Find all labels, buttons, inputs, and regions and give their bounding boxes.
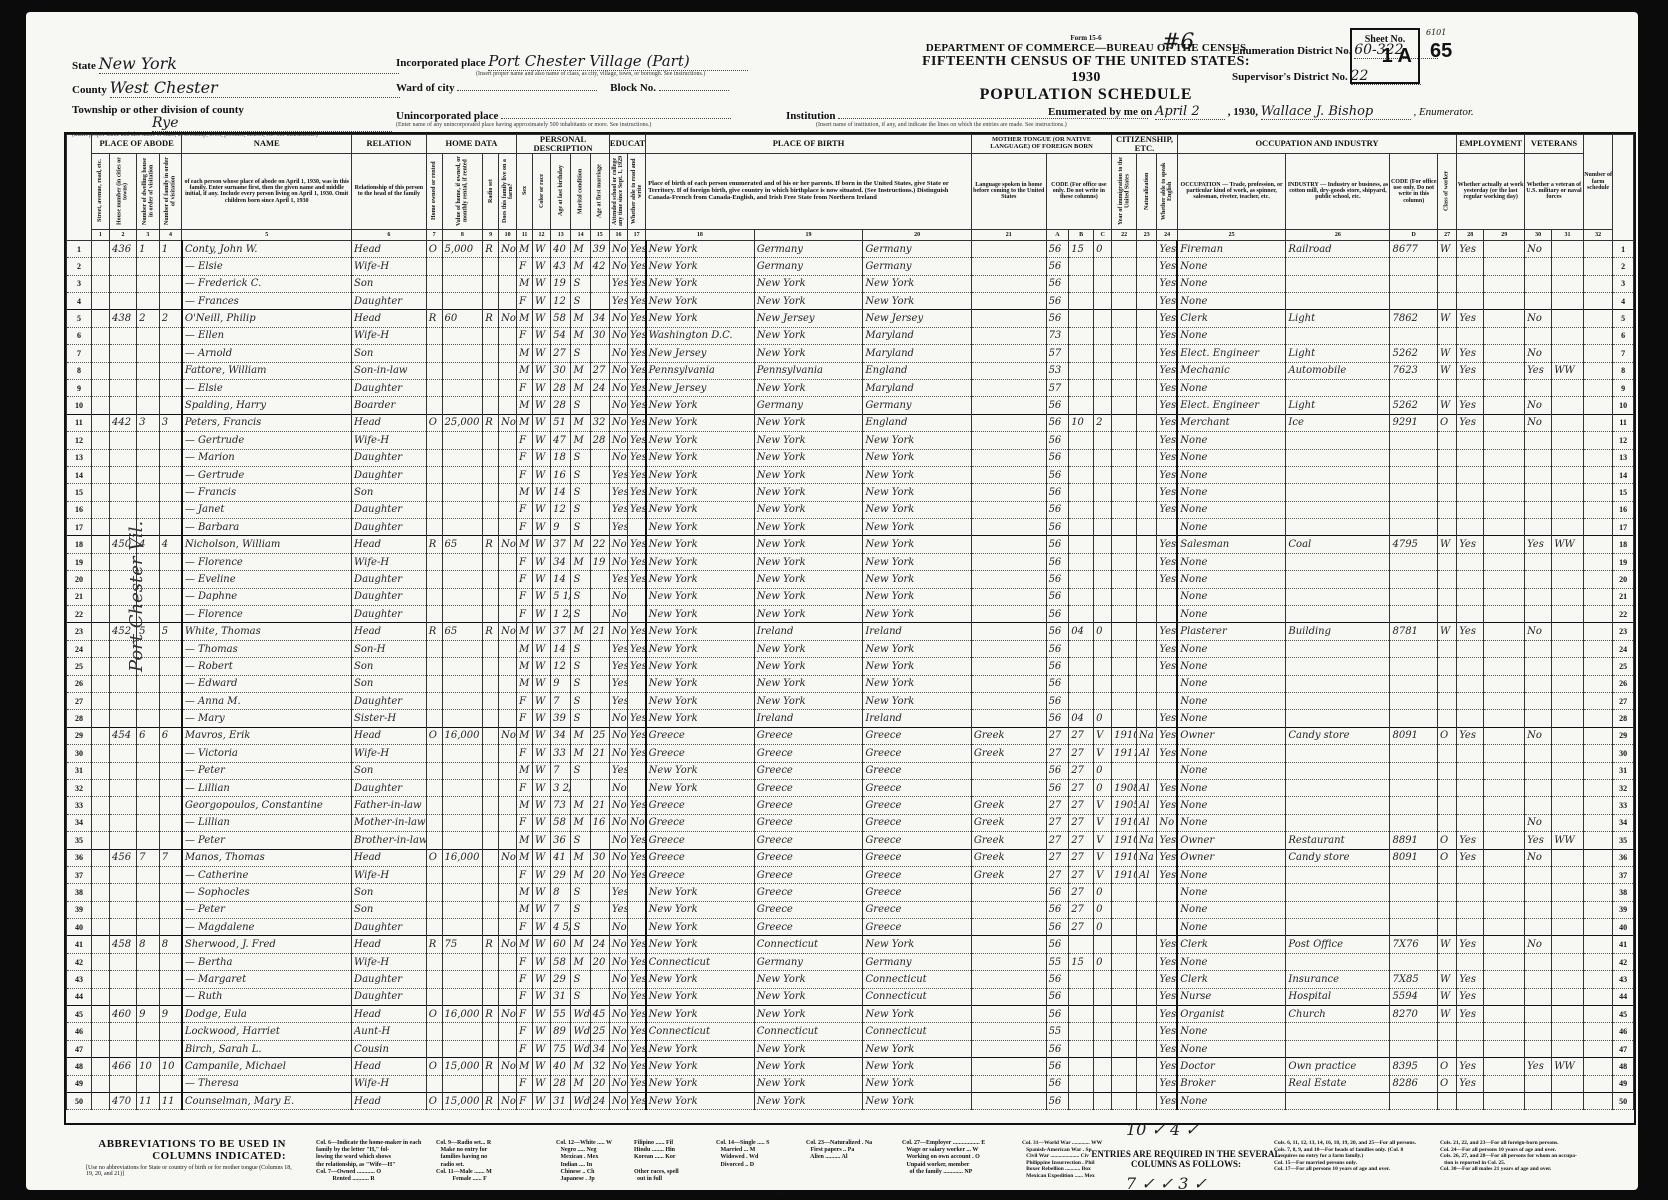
cell-fam xyxy=(159,275,182,292)
township-label: Township or other division of county xyxy=(72,104,412,116)
cell-race: W xyxy=(533,866,551,883)
cell-cC xyxy=(1094,658,1112,675)
cell-house xyxy=(109,397,136,414)
cell-eng: Yes xyxy=(1157,1023,1177,1040)
cell-race: W xyxy=(533,640,551,657)
cell-cD xyxy=(1390,449,1438,466)
group-personal-description: PERSONAL DESCRIPTION xyxy=(517,135,610,154)
cell-street xyxy=(91,501,109,518)
cell-street xyxy=(91,919,109,936)
table-row: 42— BerthaWife-HFW58M20NoYesConnecticutG… xyxy=(67,953,1634,970)
cell-eng: Yes xyxy=(1157,971,1177,988)
cell-afm: 16 xyxy=(590,814,609,831)
cell-name: White, Thomas xyxy=(182,623,352,640)
cell-empty xyxy=(1484,362,1525,379)
cell-pob: Washington D.C. xyxy=(646,327,755,344)
cell-empty xyxy=(1484,1023,1525,1040)
cell-cD xyxy=(1390,710,1438,727)
block-value xyxy=(659,90,729,91)
cell-own xyxy=(426,745,442,762)
cell-radio xyxy=(483,849,499,866)
cell-farm xyxy=(499,345,517,362)
cell-age: 58 xyxy=(551,953,571,970)
cell-eng xyxy=(1157,884,1177,901)
cell-sch: No xyxy=(609,1058,627,1075)
cell-cA: 56 xyxy=(1046,571,1069,588)
cell-cC: 0 xyxy=(1094,710,1112,727)
cell-pob: New Jersey xyxy=(646,345,755,362)
line-number-right: 3 xyxy=(1613,275,1634,292)
cell-cA: 55 xyxy=(1046,953,1069,970)
cell-sch: Yes xyxy=(609,275,627,292)
cell-age: 14 xyxy=(551,484,571,501)
header-code: CODE (For office use only. Do not write … xyxy=(1046,153,1112,229)
cell-occ: Doctor xyxy=(1177,1058,1286,1075)
cell-afm: 25 xyxy=(590,1023,609,1040)
cell-empty xyxy=(1484,797,1525,814)
cell-empty xyxy=(1484,240,1525,257)
cell-dw xyxy=(137,1040,160,1057)
cell-war xyxy=(1552,1040,1584,1057)
line-number-right: 13 xyxy=(1613,449,1634,466)
cell-eng: Yes xyxy=(1157,501,1177,518)
cell-occ: None xyxy=(1177,466,1286,483)
cell-val xyxy=(442,675,483,692)
cell-mar: Wd xyxy=(571,1092,590,1109)
cell-cls: O xyxy=(1437,1058,1456,1075)
cell-rel: Head xyxy=(352,536,427,553)
line-number: 32 xyxy=(67,779,92,796)
cell-mpob: Maryland xyxy=(863,327,972,344)
cell-rw xyxy=(628,919,646,936)
cell-afm: 21 xyxy=(590,745,609,762)
cell-eng: Yes xyxy=(1157,988,1177,1005)
cell-radio xyxy=(483,988,499,1005)
column-number: 12 xyxy=(533,229,551,240)
cell-dw xyxy=(137,362,160,379)
cell-occ: None xyxy=(1177,588,1286,605)
line-number: 44 xyxy=(67,988,92,1005)
cell-work: Yes xyxy=(1457,1075,1484,1092)
line-number-right: 40 xyxy=(1613,919,1634,936)
cell-sex: F xyxy=(517,466,533,483)
cell-age: 41 xyxy=(551,849,571,866)
cell-cD xyxy=(1390,293,1438,310)
cell-empty xyxy=(1484,866,1525,883)
cell-sex: M xyxy=(517,832,533,849)
cell-farm xyxy=(499,588,517,605)
institution-label: Institution xyxy=(786,110,836,122)
cell-lang xyxy=(971,327,1046,344)
cell-farm xyxy=(499,449,517,466)
cell-street xyxy=(91,1040,109,1057)
cell-afm xyxy=(590,779,609,796)
cell-age: 3 2/12 xyxy=(551,779,571,796)
line-number: 34 xyxy=(67,814,92,831)
cell-war xyxy=(1552,1006,1584,1023)
cell-eng: Yes xyxy=(1157,866,1177,883)
cell-race: W xyxy=(533,240,551,257)
cell-fpob: Greece xyxy=(754,762,863,779)
cell-lang xyxy=(971,484,1046,501)
cell-age: 75 xyxy=(551,1040,571,1057)
cell-fam xyxy=(159,345,182,362)
cell-vet xyxy=(1525,466,1552,483)
cell-imm xyxy=(1112,988,1137,1005)
cell-race: W xyxy=(533,536,551,553)
cell-fpob: New York xyxy=(754,432,863,449)
cell-cD xyxy=(1390,953,1438,970)
group-veterans: VETERANS xyxy=(1525,135,1584,154)
cell-work: Yes xyxy=(1457,310,1484,327)
cell-fpob: New York xyxy=(754,1058,863,1075)
cell-farm: No xyxy=(499,623,517,640)
cell-house xyxy=(109,866,136,883)
cell-empty xyxy=(1484,919,1525,936)
cell-eng: Yes xyxy=(1157,710,1177,727)
cell-cB xyxy=(1069,640,1094,657)
line-number: 28 xyxy=(67,710,92,727)
cell-empty xyxy=(1583,745,1612,762)
cell-work xyxy=(1457,866,1484,883)
cell-val xyxy=(442,606,483,623)
line-number-right: 39 xyxy=(1613,901,1634,918)
print-code: 11—6027 xyxy=(766,1192,786,1198)
cell-war xyxy=(1552,814,1584,831)
cell-cls: W xyxy=(1437,988,1456,1005)
cell-ind xyxy=(1286,606,1390,623)
cell-cD: 4795 xyxy=(1390,536,1438,553)
cell-radio: R xyxy=(483,1058,499,1075)
cell-rw xyxy=(628,606,646,623)
cell-afm: 20 xyxy=(590,866,609,883)
cell-pob: New York xyxy=(646,1040,755,1057)
cell-rel: Head xyxy=(352,849,427,866)
cell-sex: M xyxy=(517,240,533,257)
cell-imm: 1910 xyxy=(1112,832,1137,849)
cell-name: — Anna M. xyxy=(182,693,352,710)
cell-occ: None xyxy=(1177,449,1286,466)
enumeration-district-label: Enumeration District No. xyxy=(1232,45,1351,57)
cell-cC xyxy=(1094,1023,1112,1040)
cell-cls xyxy=(1437,1023,1456,1040)
cell-house xyxy=(109,971,136,988)
line-number: 29 xyxy=(67,727,92,744)
cell-cD xyxy=(1390,884,1438,901)
cell-farm xyxy=(499,379,517,396)
line-number: 2 xyxy=(67,258,92,275)
column-number: 20 xyxy=(863,229,972,240)
line-number-right: 43 xyxy=(1613,971,1634,988)
cell-rw: Yes xyxy=(628,658,646,675)
cell-fam xyxy=(159,988,182,1005)
cell-rw xyxy=(628,675,646,692)
cell-rw xyxy=(628,884,646,901)
incorporated-note: (Insert proper name and also name of cla… xyxy=(476,71,748,77)
cell-race: W xyxy=(533,345,551,362)
cell-empty xyxy=(1583,832,1612,849)
column-number: A xyxy=(1046,229,1069,240)
line-number-right: 28 xyxy=(1613,710,1634,727)
sheet-label: Sheet No. xyxy=(1352,34,1418,45)
cell-mar: M xyxy=(571,849,590,866)
cell-mar: M xyxy=(571,1075,590,1092)
cell-own xyxy=(426,293,442,310)
cell-nat: Al xyxy=(1137,866,1157,883)
cell-empty xyxy=(1583,240,1612,257)
table-row: 2345255White, ThomasHeadR65RNoMW37M21NoY… xyxy=(67,623,1634,640)
cell-cC xyxy=(1094,345,1112,362)
cell-war xyxy=(1552,919,1584,936)
cell-fpob: New York xyxy=(754,327,863,344)
group-relation: RELATION xyxy=(352,135,427,154)
cell-val xyxy=(442,1040,483,1057)
cell-pob: New York xyxy=(646,623,755,640)
cell-dw xyxy=(137,901,160,918)
cell-work xyxy=(1457,693,1484,710)
cell-mpob: New York xyxy=(863,484,972,501)
cell-farm xyxy=(499,814,517,831)
cell-empty xyxy=(1484,884,1525,901)
cell-cD xyxy=(1390,797,1438,814)
cell-pob: Greece xyxy=(646,745,755,762)
cell-sex: F xyxy=(517,710,533,727)
schedule-title: POPULATION SCHEDULE xyxy=(906,86,1266,104)
cell-cls: W xyxy=(1437,397,1456,414)
cell-cls xyxy=(1437,884,1456,901)
cell-pob: New York xyxy=(646,1006,755,1023)
table-row: 33Georgopoulos, ConstantineFather-in-law… xyxy=(67,797,1634,814)
table-row: 40— MagdaleneDaughterFW4 5/12SNoNew York… xyxy=(67,919,1634,936)
cell-nat xyxy=(1137,484,1157,501)
cell-cC xyxy=(1094,606,1112,623)
cell-mpob: Greece xyxy=(863,779,972,796)
cell-ind xyxy=(1286,779,1390,796)
cell-age: 28 xyxy=(551,379,571,396)
line-number-right: 21 xyxy=(1613,588,1634,605)
cell-cB xyxy=(1069,658,1094,675)
cell-occ: Organist xyxy=(1177,1006,1286,1023)
cell-cC xyxy=(1094,258,1112,275)
line-number: 31 xyxy=(67,762,92,779)
cell-race: W xyxy=(533,919,551,936)
cell-own xyxy=(426,449,442,466)
cell-radio xyxy=(483,362,499,379)
cell-war: WW xyxy=(1552,536,1584,553)
cell-race: W xyxy=(533,432,551,449)
column-number: B xyxy=(1069,229,1094,240)
cell-val: 65 xyxy=(442,623,483,640)
cell-ind: Own practice xyxy=(1286,1058,1390,1075)
cell-cB: 27 xyxy=(1069,832,1094,849)
cell-street xyxy=(91,466,109,483)
cell-vet: No xyxy=(1525,936,1552,953)
cell-lang: Greek xyxy=(971,727,1046,744)
cell-pob: New York xyxy=(646,397,755,414)
cell-vet xyxy=(1525,693,1552,710)
cell-cC: V xyxy=(1094,727,1112,744)
cell-farm xyxy=(499,501,517,518)
cell-rel: Daughter xyxy=(352,606,427,623)
cell-farm xyxy=(499,919,517,936)
cell-age: 9 xyxy=(551,675,571,692)
cell-occ: Clerk xyxy=(1177,936,1286,953)
cell-imm xyxy=(1112,379,1137,396)
cell-age: 7 xyxy=(551,901,571,918)
enumerated-year: , 1930, xyxy=(1228,106,1258,118)
cell-own xyxy=(426,519,442,536)
cell-name: Nicholson, William xyxy=(182,536,352,553)
cell-fpob: New York xyxy=(754,640,863,657)
cell-rw: Yes xyxy=(628,293,646,310)
cell-val xyxy=(442,814,483,831)
cell-vet xyxy=(1525,640,1552,657)
cell-val: 16,000 xyxy=(442,1006,483,1023)
cell-nat xyxy=(1137,762,1157,779)
cell-street xyxy=(91,484,109,501)
cell-cD: 5594 xyxy=(1390,988,1438,1005)
line-number-right: 49 xyxy=(1613,1075,1634,1092)
cell-eng: Yes xyxy=(1157,240,1177,257)
cell-radio xyxy=(483,345,499,362)
cell-eng: Yes xyxy=(1157,449,1177,466)
cell-imm xyxy=(1112,571,1137,588)
cell-ind xyxy=(1286,745,1390,762)
table-row: 4145888Sherwood, J. FredHeadR75RNoMW60M2… xyxy=(67,936,1634,953)
cell-sch: Yes xyxy=(609,519,627,536)
cell-imm xyxy=(1112,1006,1137,1023)
cell-street xyxy=(91,414,109,431)
cell-rel: Daughter xyxy=(352,449,427,466)
cell-occ: Salesman xyxy=(1177,536,1286,553)
cell-ind xyxy=(1286,1040,1390,1057)
cell-cD xyxy=(1390,1040,1438,1057)
cell-occ: None xyxy=(1177,1092,1286,1109)
cell-empty xyxy=(1484,397,1525,414)
cell-rel: Daughter xyxy=(352,779,427,796)
cell-val xyxy=(442,710,483,727)
cell-lang: Greek xyxy=(971,832,1046,849)
header-farm-schedule: Number of farm schedule xyxy=(1583,135,1612,230)
cell-cA: 56 xyxy=(1046,449,1069,466)
cell-work xyxy=(1457,953,1484,970)
cell-cA: 56 xyxy=(1046,275,1069,292)
cell-dw xyxy=(137,1023,160,1040)
cell-mar: S xyxy=(571,710,590,727)
cell-rw xyxy=(628,762,646,779)
group-citizenship: CITIZENSHIP, ETC. xyxy=(1112,135,1178,154)
cell-occ: Plasterer xyxy=(1177,623,1286,640)
line-number: 41 xyxy=(67,936,92,953)
cell-war xyxy=(1552,310,1584,327)
cell-race: W xyxy=(533,1023,551,1040)
cell-eng: Yes xyxy=(1157,327,1177,344)
cell-pob: New York xyxy=(646,1092,755,1109)
line-number-right: 17 xyxy=(1613,519,1634,536)
cell-mpob: New York xyxy=(863,606,972,623)
cell-mar: Wd xyxy=(571,1023,590,1040)
line-number: 11 xyxy=(67,414,92,431)
cell-sex: M xyxy=(517,849,533,866)
cell-imm xyxy=(1112,953,1137,970)
cell-empty xyxy=(1583,588,1612,605)
cell-work: Yes xyxy=(1457,536,1484,553)
cell-nat xyxy=(1137,919,1157,936)
cell-cls xyxy=(1437,519,1456,536)
cell-vet xyxy=(1525,919,1552,936)
line-number-right: 48 xyxy=(1613,1058,1634,1075)
cell-afm: 34 xyxy=(590,310,609,327)
cell-ind xyxy=(1286,675,1390,692)
cell-street xyxy=(91,971,109,988)
cell-afm xyxy=(590,919,609,936)
cell-vet xyxy=(1525,501,1552,518)
line-number-right: 37 xyxy=(1613,866,1634,883)
cell-rel: Boarder xyxy=(352,397,427,414)
cell-sch: Yes xyxy=(609,571,627,588)
cell-nat xyxy=(1137,658,1157,675)
cell-sch: No xyxy=(609,240,627,257)
footnote-col14: Col. 14—Single ..... S Married ... M Wid… xyxy=(716,1140,770,1169)
line-number: 6 xyxy=(67,327,92,344)
cell-fpob: New York xyxy=(754,1092,863,1109)
cell-rw: Yes xyxy=(628,327,646,344)
column-number: 15 xyxy=(590,229,609,240)
cell-mar: S xyxy=(571,640,590,657)
cell-cC xyxy=(1094,571,1112,588)
cell-fam xyxy=(159,797,182,814)
cell-fpob: New York xyxy=(754,449,863,466)
cell-sex: M xyxy=(517,936,533,953)
cell-afm xyxy=(590,397,609,414)
cell-ind xyxy=(1286,919,1390,936)
cell-lang xyxy=(971,623,1046,640)
enumerated-label: Enumerated by me on xyxy=(1048,106,1152,118)
cell-street xyxy=(91,379,109,396)
line-number-right: 29 xyxy=(1613,727,1634,744)
column-number-row: 123456789101112131415161718192021ABC2223… xyxy=(67,229,1634,240)
cell-age: 60 xyxy=(551,936,571,953)
cell-street xyxy=(91,275,109,292)
cell-imm: 1910 xyxy=(1112,866,1137,883)
cell-eng: Yes xyxy=(1157,745,1177,762)
header-read-write: Whether able to read and write xyxy=(628,153,646,229)
cell-pob: New York xyxy=(646,658,755,675)
cell-fam: 4 xyxy=(159,536,182,553)
cell-own xyxy=(426,379,442,396)
cell-empty xyxy=(1583,1040,1612,1057)
cell-cC: 0 xyxy=(1094,779,1112,796)
cell-pob: New York xyxy=(646,1075,755,1092)
line-number: 36 xyxy=(67,849,92,866)
cell-ind xyxy=(1286,1023,1390,1040)
cell-age: 47 xyxy=(551,432,571,449)
cell-empty xyxy=(1583,432,1612,449)
cell-cB xyxy=(1069,606,1094,623)
table-row: 3645677Manos, ThomasHeadO16,000NoMW41M30… xyxy=(67,849,1634,866)
cell-age: 40 xyxy=(551,240,571,257)
cell-war xyxy=(1552,797,1584,814)
cell-val xyxy=(442,258,483,275)
cell-cB: 27 xyxy=(1069,901,1094,918)
cell-rel: Cousin xyxy=(352,1040,427,1057)
cell-work xyxy=(1457,640,1484,657)
cell-age: 37 xyxy=(551,536,571,553)
cell-mar: M xyxy=(571,553,590,570)
cell-vet xyxy=(1525,1006,1552,1023)
department-heading: DEPARTMENT OF COMMERCE—BUREAU OF THE CEN… xyxy=(906,42,1266,54)
cell-afm: 21 xyxy=(590,797,609,814)
